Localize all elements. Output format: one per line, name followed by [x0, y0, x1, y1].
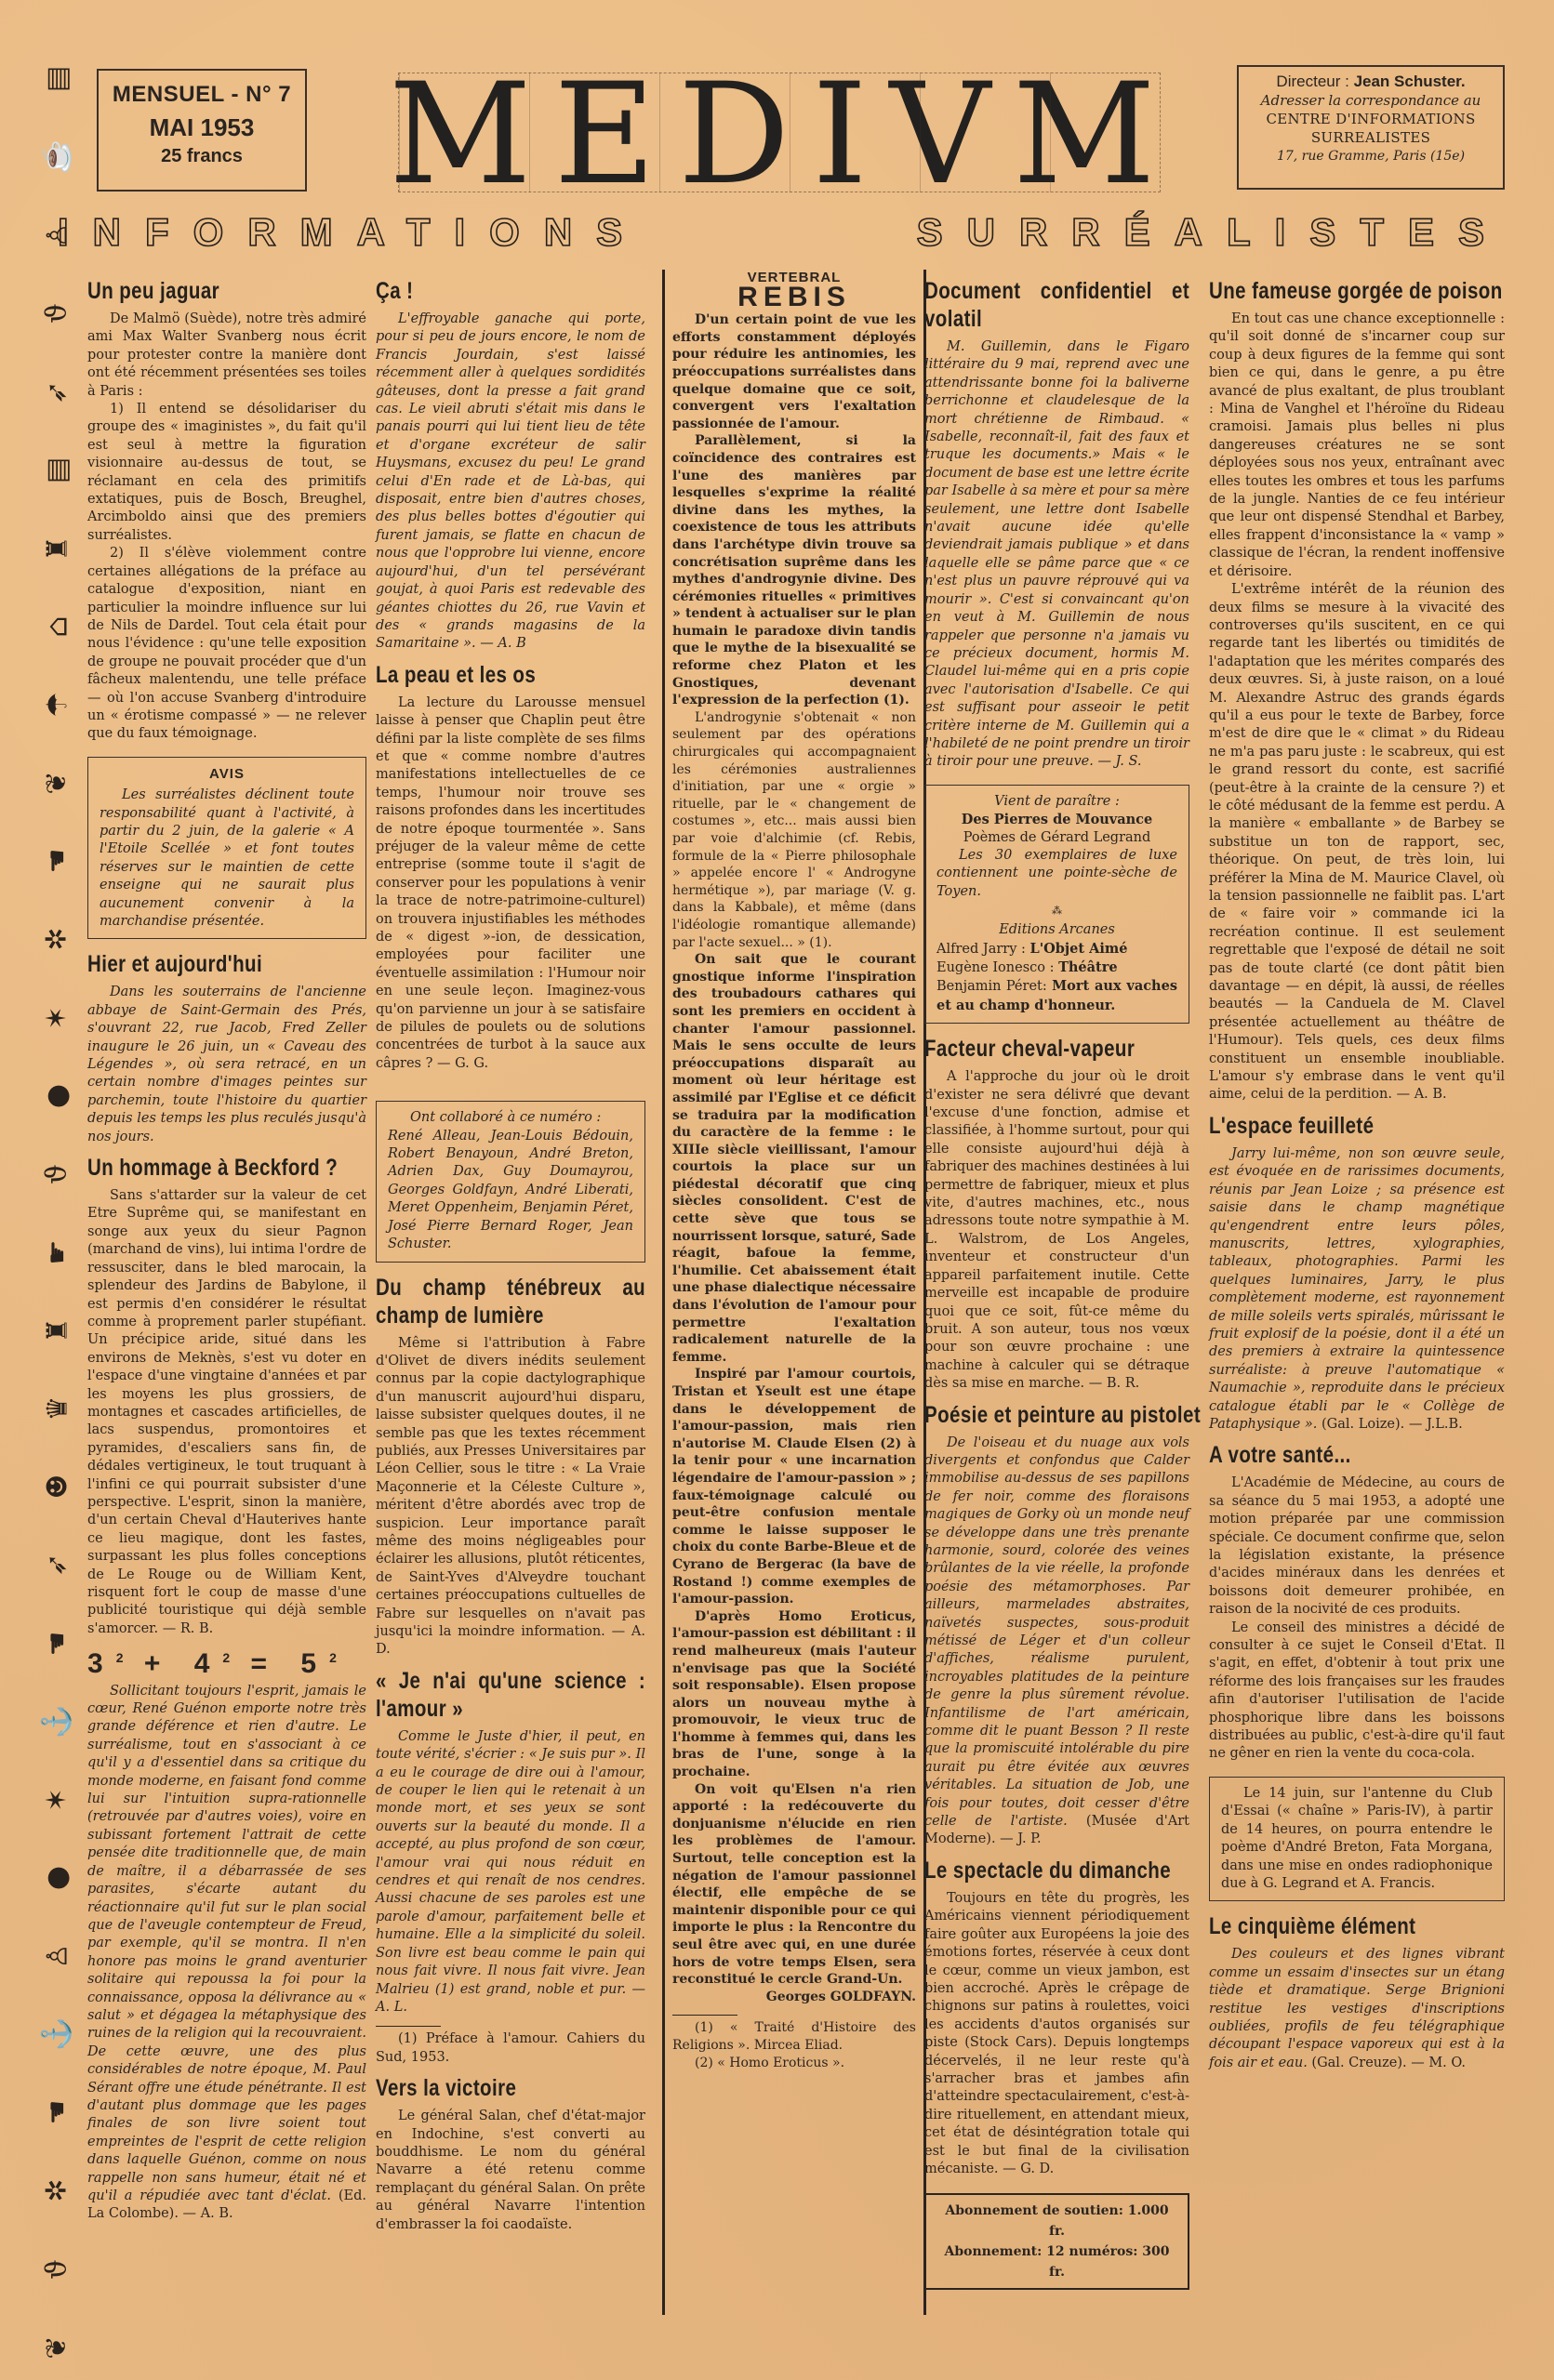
article-paragraph: M. Guillemin, dans le Figaro littéraire … [924, 338, 1189, 772]
equation-exponent: 2 [116, 1650, 124, 1665]
subtitle-word-surrealistes: SURRÉALISTES [917, 210, 1508, 255]
director-box: Directeur : Jean Schuster. Adresser la c… [1237, 65, 1505, 190]
article-paragraph: D'un certain point de vue les efforts co… [672, 311, 916, 432]
center-name-line-2: SURREALISTES [1239, 128, 1503, 147]
article-paragraph: L'Académie de Médecine, au cours de sa s… [1209, 1474, 1505, 1619]
title-text: MEDIVM [389, 54, 1178, 216]
director-label: Directeur : [1276, 73, 1353, 90]
publication-item: Eugène Ionesco : Théâtre [936, 959, 1177, 977]
footnote: (2) « Homo Eroticus ». [672, 2055, 916, 2072]
article-facteur-cheval-vapeur: Facteur cheval-vapeur A l'approche du jo… [924, 1035, 1189, 1393]
article-hier-et-aujourdhui: Hier et aujourd'hui Dans les souterrains… [87, 950, 366, 1146]
center-name-line: CENTRE D'INFORMATIONS [1239, 110, 1503, 128]
article-title: L'espace feuilleté [1209, 1112, 1452, 1140]
equation-exponent: 2 [222, 1650, 230, 1665]
article-title: La peau et les os [376, 661, 597, 689]
article-title: Un peu jaguar [87, 277, 316, 305]
umbrella-icon: ☂ [44, 693, 72, 718]
article-paragraph: Toujours en tête du progrès, les América… [924, 1890, 1189, 2179]
rope-icon: ϑ [44, 2259, 72, 2279]
article-title: Poésie et peinture au pistolet [924, 1401, 1142, 1429]
article-une-science-lamour: « Je n'ai qu'une science : l'amour » Com… [376, 1667, 645, 2067]
insect-icon: ✲ [44, 928, 72, 951]
article-text: Des couleurs et des lignes vibrant comme… [1209, 1947, 1505, 2069]
equation-term: 4 [194, 1648, 223, 1679]
subscription-support: Abonnement de soutien: 1.000 fr. [936, 2201, 1178, 2241]
issue-info-box: MENSUEL - N° 7 MAI 1953 25 francs [97, 69, 307, 192]
article-title: Un hommage à Beckford ? [87, 1154, 316, 1182]
column-3-rebis: VERTEBRAL REBIS D'un certain point de vu… [662, 270, 926, 2315]
article-title: Du champ ténébreux au champ de lumière [376, 1274, 645, 1329]
article-signature: (Gal. Creuze). — M. O. [1308, 2056, 1466, 2070]
director-line: Directeur : Jean Schuster. [1239, 73, 1503, 91]
subscription-box: Abonnement de soutien: 1.000 fr. Abonnem… [924, 2193, 1189, 2290]
article-paragraph: L'extrême intérêt de la réunion des deux… [1209, 581, 1505, 1104]
article-text: Jarry lui-même, non son œuvre seule, est… [1209, 1146, 1505, 1432]
column-1: Un peu jaguar De Malmö (Suède), notre tr… [87, 270, 366, 2224]
article-pythagore: 32 + 42 = 52 Sollicitant toujours l'espr… [87, 1649, 366, 2224]
article-paragraph: Inspiré par l'amour courtois, Tristan et… [672, 1366, 916, 1607]
equation-operator: + [144, 1648, 174, 1679]
article-signature: Georges GOLDFAYN. [672, 1989, 916, 2006]
article-du-champ-tenebreux: Du champ ténébreux au champ de lumière M… [376, 1274, 645, 1659]
article-cinquieme-element: Le cinquième élément Des couleurs et des… [1209, 1912, 1505, 2072]
column-4: Document confidentiel et volatil M. Guil… [924, 270, 1189, 2290]
article-title: Une fameuse gorgée de poison [1209, 277, 1452, 305]
article-text: De l'oiseau et du nuage aux vols diverge… [924, 1435, 1189, 1830]
figure-icon: ♙ [44, 1944, 72, 1969]
stone-icon: ● [44, 1866, 72, 1890]
luxury-edition-note: Les 30 exemplaires de luxe contiennent u… [936, 847, 1177, 901]
cabinet-icon: ▤ [44, 456, 72, 483]
article-paragraph: Le général Salan, chef d'état-major en I… [376, 2108, 645, 2234]
article-paragraph: Parallèlement, si la coïncidence des con… [672, 432, 916, 709]
footnote: (1) « Traité d'Histoire des Religions ».… [672, 2019, 916, 2054]
fish-icon: ⚓ [44, 2016, 72, 2051]
article-title-equation: 32 + 42 = 52 [87, 1649, 366, 1673]
avis-text: Les surréalistes déclinent toute respons… [100, 787, 354, 931]
article-paragraph: A l'approche du jour où le droit d'exist… [924, 1068, 1189, 1393]
equation-operator: = [251, 1648, 281, 1679]
book-title: Des Pierres de Mouvance [936, 811, 1177, 828]
article-title: REBIS [672, 289, 916, 307]
article-paragraph: Même si l'attribution à Fabre d'Olivet d… [376, 1335, 645, 1659]
stone-icon: ● [44, 1084, 72, 1108]
publisher-name: Editions Arcanes [936, 921, 1177, 939]
contributors-names: René Alleau, Jean-Louis Bédouin, Robert … [388, 1128, 633, 1254]
footnote-rule [376, 2026, 441, 2027]
article-signature: (Gal. Loize). — J.L.B. [1317, 1417, 1462, 1432]
article-paragraph: Sans s'attarder sur la valeur de cet Etr… [87, 1187, 366, 1638]
correspondence-line: Adresser la correspondance au [1239, 91, 1503, 110]
article-paragraph: L'androgynie s'obtenait « non seulement … [672, 709, 916, 951]
avis-title: AVIS [100, 765, 354, 783]
equation-exponent: 2 [329, 1650, 337, 1665]
hand-icon: ☚ [44, 1631, 72, 1656]
birdcage-icon: ⌂ [44, 615, 72, 637]
article-paragraph: On sait que le courant gnostique informe… [672, 951, 916, 1366]
bottle-icon: ♜ [44, 535, 72, 561]
book-author: Poèmes de Gérard Legrand [936, 829, 1177, 847]
director-name: Jean Schuster. [1354, 73, 1466, 90]
publication-work: L'Objet Aimé [1030, 941, 1128, 957]
article-ca: Ça ! L'effroyable ganache qui porte, pou… [376, 277, 645, 654]
wing-icon: ❦ [44, 772, 72, 795]
avis-notice-box: AVIS Les surréalistes déclinent toute re… [87, 757, 366, 940]
article-title: Ça ! [376, 277, 597, 305]
publication-author: Eugène Ionesco : [936, 960, 1058, 975]
article-paragraph: 1) Il entend se désolidariser du groupe … [87, 401, 366, 545]
hand-icon: ☚ [44, 849, 72, 874]
article-paragraph: De Malmö (Suède), notre très admiré ami … [87, 311, 366, 401]
issue-date: MAI 1953 [99, 113, 305, 142]
bird-icon: ➶ [44, 380, 72, 403]
publication-author: Benjamin Péret: [936, 979, 1052, 994]
article-hommage-beckford: Un hommage à Beckford ? Sans s'attarder … [87, 1154, 366, 1638]
rope-icon: ϑ [44, 1164, 72, 1183]
glove-icon: ☛ [44, 1239, 72, 1264]
article-paragraph: De l'oiseau et du nuage aux vols diverge… [924, 1435, 1189, 1849]
article-paragraph: 2) Il s'élève violemment contre certaine… [87, 545, 366, 743]
subtitle-word-informations: INFORMATIONS [58, 210, 646, 255]
radio-notice-text: Le 14 juin, sur l'antenne du Club d'Essa… [1221, 1785, 1493, 1893]
masthead-title: MEDIVM [389, 65, 1170, 200]
box-title: Vient de paraître : [936, 793, 1177, 811]
asterism-icon: ⁂ [936, 906, 1177, 916]
rope-icon: ϑ [44, 304, 72, 324]
article-paragraph: La lecture du Larousse mensuel laisse à … [376, 694, 645, 1074]
article-title: « Je n'ai qu'une science : l'amour » [376, 1667, 645, 1723]
teapot-icon: ☕ [44, 139, 72, 174]
column-2: Ça ! L'effroyable ganache qui porte, pou… [376, 270, 645, 2234]
article-title: A votre santé... [1209, 1441, 1452, 1469]
article-title: Vers la victoire [376, 2074, 597, 2102]
article-un-peu-jaguar: Un peu jaguar De Malmö (Suède), notre tr… [87, 277, 366, 744]
article-title: Document confidentiel et volatil [924, 277, 1189, 333]
margin-icon-strip: ▤ ☕ ♙ ϑ ➶ ▤ ♜ ⌂ ☂ ❦ ☚ ✲ ✶ ● ϑ ☛ ♜ ♛ ☻ ➶ … [39, 65, 76, 2361]
article-title: Le spectacle du dimanche [924, 1857, 1142, 1884]
bottle-icon: ♜ [44, 1318, 72, 1343]
radio-notice-box: Le 14 juin, sur l'antenne du Club d'Essa… [1209, 1777, 1505, 1901]
article-paragraph: Jarry lui-même, non son œuvre seule, est… [1209, 1145, 1505, 1435]
cabinet-icon: ▤ [44, 66, 72, 92]
star-icon: ✶ [44, 1788, 72, 1811]
hat-icon: ♛ [44, 1396, 72, 1421]
article-paragraph: Comme le Juste d'hier, il peut, en toute… [376, 1728, 645, 2017]
article-title: Facteur cheval-vapeur [924, 1035, 1142, 1063]
article-paragraph: D'après Homo Eroticus, l'amour-passion e… [672, 1608, 916, 1781]
article-poesie-et-peinture: Poésie et peinture au pistolet De l'oise… [924, 1401, 1189, 1849]
article-document-confidentiel: Document confidentiel et volatil M. Guil… [924, 277, 1189, 772]
publication-item: Benjamin Péret: Mort aux vaches et au ch… [936, 977, 1177, 1015]
article-title: Le cinquième élément [1209, 1912, 1452, 1940]
article-fameuse-gorgee: Une fameuse gorgée de poison En tout cas… [1209, 277, 1505, 1104]
wing-icon: ❦ [44, 2335, 72, 2359]
equation-term: 5 [300, 1648, 329, 1679]
equation-term: 3 [87, 1648, 116, 1679]
article-paragraph: Sollicitant toujours l'esprit, jamais le… [87, 1683, 366, 2224]
article-text: Sollicitant toujours l'esprit, jamais le… [87, 1684, 366, 2203]
hand-icon: ☚ [44, 2100, 72, 2125]
article-spectacle-du-dimanche: Le spectacle du dimanche Toujours en têt… [924, 1857, 1189, 2179]
article-paragraph: Le conseil des ministres a décidé de con… [1209, 1620, 1505, 1764]
mask-icon: ☻ [44, 1474, 72, 1500]
new-publications-box: Vient de paraître : Des Pierres de Mouva… [924, 785, 1189, 1024]
contributors-box: Ont collaboré à ce numéro : René Alleau,… [376, 1101, 645, 1262]
article-title: Hier et aujourd'hui [87, 950, 316, 978]
article-paragraph: Des couleurs et des lignes vibrant comme… [1209, 1946, 1505, 2072]
subscription-standard: Abonnement: 12 numéros: 300 fr. [936, 2241, 1178, 2282]
footnote-rule [672, 2015, 737, 2016]
publication-author: Alfred Jarry : [936, 942, 1030, 957]
issue-price: 25 francs [99, 146, 305, 167]
article-paragraph: L'effroyable ganache qui porte, pour si … [376, 311, 645, 654]
bird-icon: ➶ [44, 1554, 72, 1577]
article-paragraph: On voit qu'Elsen n'a rien apporté : la r… [672, 1781, 916, 1989]
contributors-title: Ont collaboré à ce numéro : [388, 1109, 633, 1127]
fish-icon: ⚓ [44, 1704, 72, 1739]
article-la-peau-et-les-os: La peau et les os La lecture du Larousse… [376, 661, 645, 1074]
publication-item: Alfred Jarry : L'Objet Aimé [936, 940, 1177, 959]
publication-work: Théâtre [1058, 959, 1118, 975]
article-paragraph: En tout cas une chance exceptionnelle : … [1209, 311, 1505, 581]
masthead-subtitle: INFORMATIONS SURRÉALISTES [58, 206, 1508, 258]
footnote: (1) Préface à l'amour. Cahiers du Sud, 1… [376, 2030, 645, 2067]
star-icon: ✶ [44, 1006, 72, 1029]
article-paragraph: Dans les souterrains de l'ancienne abbay… [87, 984, 366, 1146]
article-a-votre-sante: A votre santé... L'Académie de Médecine,… [1209, 1441, 1505, 1764]
insect-icon: ✲ [44, 2179, 72, 2202]
article-espace-feuillete: L'espace feuilleté Jarry lui-même, non s… [1209, 1112, 1505, 1435]
issue-number: MENSUEL - N° 7 [99, 82, 305, 108]
article-vers-la-victoire: Vers la victoire Le général Salan, chef … [376, 2074, 645, 2234]
address-line: 17, rue Gramme, Paris (15e) [1239, 147, 1503, 165]
column-5: Une fameuse gorgée de poison En tout cas… [1209, 270, 1505, 2072]
